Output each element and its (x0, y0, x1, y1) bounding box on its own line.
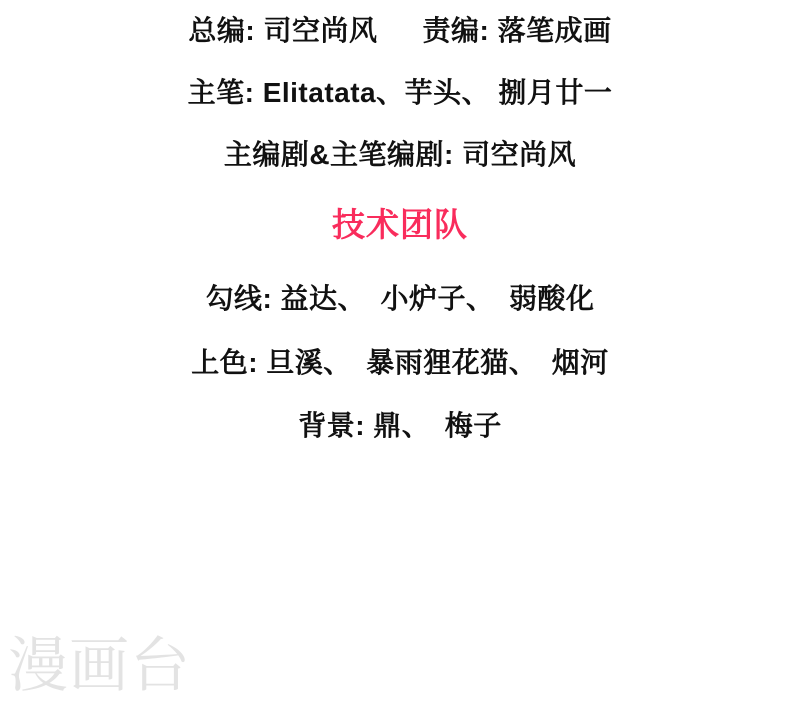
section-title-tech-team: 技术团队 (0, 206, 800, 244)
credit-line-coloring: 上色: 旦溪、 暴雨狸花猫、 烟河 (0, 347, 800, 379)
credit-line-screenwriters: 主编剧&主笔编剧: 司空尚风 (0, 139, 800, 171)
credit-line-editors: 总编: 司空尚风 责编: 落笔成画 (0, 15, 800, 47)
manhuatai-watermark: 漫画台 (8, 633, 191, 699)
comic-credits-page: 总编: 司空尚风 责编: 落笔成画 主笔: Elitatata、芋头、 捌月廿一… (0, 0, 800, 711)
credit-line-lead-artist: 主笔: Elitatata、芋头、 捌月廿一 (0, 77, 800, 109)
credit-line-lineart: 勾线: 益达、 小炉子、 弱酸化 (0, 283, 800, 315)
credit-line-background: 背景: 鼎、 梅子 (0, 410, 800, 442)
